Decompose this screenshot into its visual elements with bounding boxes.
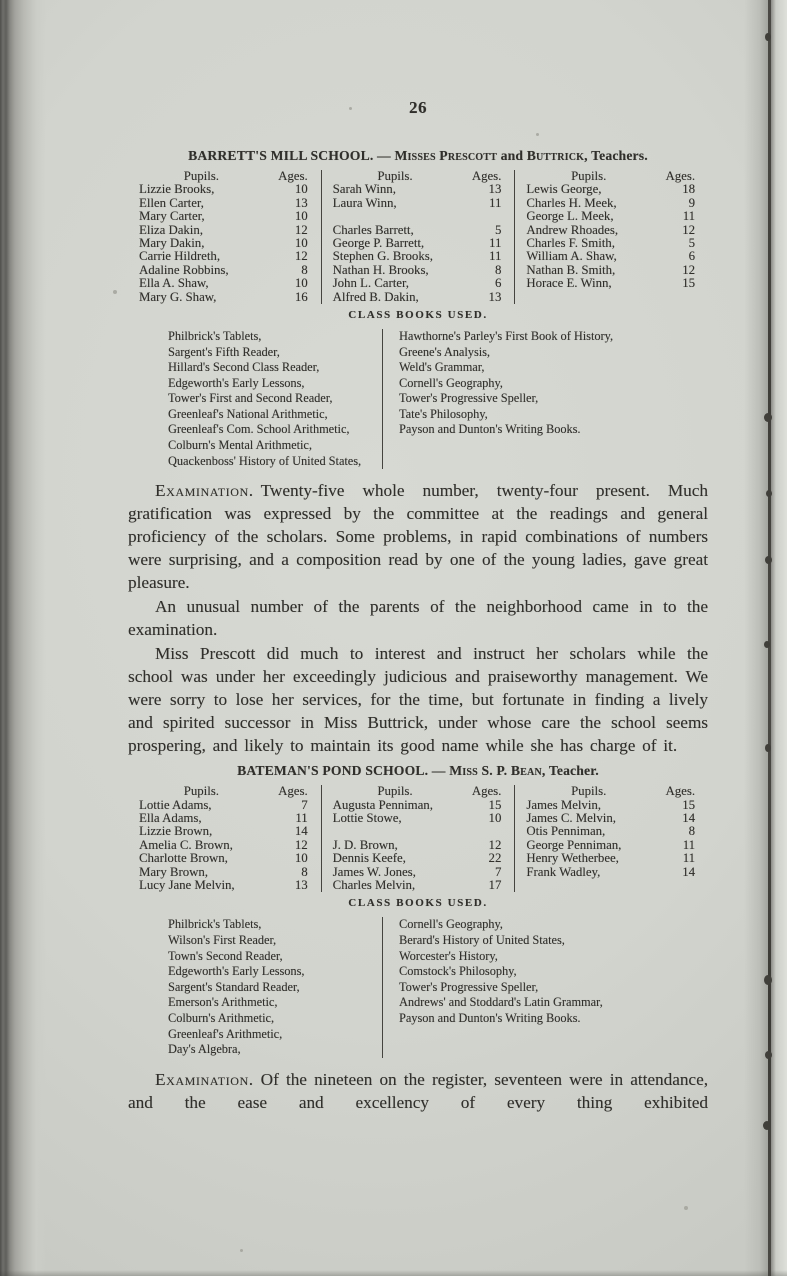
book-item: Wilson's First Reader, bbox=[168, 933, 382, 949]
pupil-age: 8 bbox=[468, 264, 514, 277]
school-title: BARRETT'S MILL SCHOOL. — bbox=[188, 148, 391, 163]
pupil-name: Adaline Robbins, bbox=[128, 264, 275, 277]
pupil-age: 10 bbox=[468, 812, 514, 825]
roster-row: Lucy Jane Melvin,13 bbox=[128, 879, 321, 892]
pupil-name: Amelia C. Brown, bbox=[128, 839, 275, 852]
book-list-left: Philbrick's Tablets, Sargent's Fifth Rea… bbox=[128, 329, 382, 469]
pupil-name: Charles F. Smith, bbox=[515, 237, 662, 250]
roster-row: Otis Penniman,8 bbox=[515, 825, 708, 838]
pupils-column-header: Pupils. bbox=[128, 785, 275, 798]
roster-header-row: Pupils. Ages. bbox=[322, 785, 515, 798]
pupil-name: Mary G. Shaw, bbox=[128, 291, 275, 304]
book-item: Town's Second Reader, bbox=[168, 949, 382, 965]
school-heading-batemans-pond: BATEMAN'S POND SCHOOL. — Miss S. P. Bean… bbox=[128, 763, 708, 779]
pupil-name: William A. Shaw, bbox=[515, 250, 662, 263]
paper-speck bbox=[113, 290, 117, 294]
roster-row: Stephen G. Brooks,11 bbox=[322, 250, 515, 263]
roster-row: Nathan B. Smith,12 bbox=[515, 264, 708, 277]
pupil-name: James Melvin, bbox=[515, 799, 662, 812]
roster-row: Mary Carter,10 bbox=[128, 210, 321, 223]
paragraph: Miss Prescott did much to interest and i… bbox=[128, 642, 708, 757]
scanned-report-page: 26 BARRETT'S MILL SCHOOL. — Misses Presc… bbox=[0, 0, 787, 1276]
roster-header-row: Pupils. Ages. bbox=[515, 170, 708, 183]
roster-row: Henry Wetherbee,11 bbox=[515, 852, 708, 865]
book-list-right: Hawthorne's Parley's First Book of His­t… bbox=[382, 329, 708, 469]
roster-row: Charles Barrett,5 bbox=[322, 224, 515, 237]
book-item: Hawthorne's Parley's First Book of His­t… bbox=[399, 329, 620, 345]
pupil-name: Henry Wetherbee, bbox=[515, 852, 662, 865]
pupil-age: 14 bbox=[275, 825, 321, 838]
pupil-age: 16 bbox=[275, 291, 321, 304]
heading-conjunction: and bbox=[501, 148, 524, 163]
pupil-name: Ella Adams, bbox=[128, 812, 275, 825]
pupil-roster-table: Pupils. Ages. Lottie Adams,7 Ella Adams,… bbox=[128, 785, 708, 892]
pupil-age: 11 bbox=[662, 210, 708, 223]
pupil-name: James C. Melvin, bbox=[515, 812, 662, 825]
book-item: Sargent's Standard Reader, bbox=[168, 980, 382, 996]
ages-column-header: Ages. bbox=[468, 170, 514, 183]
ages-column-header: Ages. bbox=[275, 785, 321, 798]
pupil-name: Dennis Keefe, bbox=[322, 852, 469, 865]
book-item: Comstock's Philosophy, bbox=[399, 964, 620, 980]
pupil-age: 10 bbox=[275, 852, 321, 865]
pupil-name: Mary Brown, bbox=[128, 866, 275, 879]
pupil-name: John L. Carter, bbox=[322, 277, 469, 290]
pupil-age: 14 bbox=[662, 866, 708, 879]
roster-row: Lottie Stowe,10 bbox=[322, 812, 515, 825]
ink-blob bbox=[766, 490, 772, 497]
class-books-lists: Philbrick's Tablets, Wilson's First Read… bbox=[128, 917, 708, 1057]
pupil-name: Nathan B. Smith, bbox=[515, 264, 662, 277]
paper-speck bbox=[240, 1249, 243, 1252]
pupil-roster-table: Pupils. Ages. Lizzie Brooks,10 Ellen Car… bbox=[128, 170, 708, 304]
examination-paragraph: Examination.Of the nineteen on the regis… bbox=[128, 1068, 708, 1114]
class-books-lists: Philbrick's Tablets, Sargent's Fifth Rea… bbox=[128, 329, 708, 469]
book-item: Colburn's Arithmetic, bbox=[168, 1011, 382, 1027]
pupil-age bbox=[468, 210, 514, 223]
book-item: Tower's First and Second Reader, bbox=[168, 391, 382, 407]
roster-row bbox=[322, 210, 515, 223]
examination-lead: Examination. bbox=[155, 481, 254, 500]
roster-row: Lottie Adams,7 bbox=[128, 799, 321, 812]
examination-lead: Examination. bbox=[155, 1070, 254, 1089]
roster-row: Lewis George,18 bbox=[515, 183, 708, 196]
pupil-name bbox=[322, 825, 469, 838]
ages-column-header: Ages. bbox=[662, 785, 708, 798]
ink-blob bbox=[765, 744, 771, 752]
pupil-name: Lizzie Brown, bbox=[128, 825, 275, 838]
roster-row: William A. Shaw,6 bbox=[515, 250, 708, 263]
roster-row: Horace E. Winn,15 bbox=[515, 277, 708, 290]
pupil-age: 7 bbox=[468, 866, 514, 879]
ages-column-header: Ages. bbox=[468, 785, 514, 798]
book-item: Cornell's Geography, bbox=[399, 917, 620, 933]
roster-row: Ella A. Shaw,10 bbox=[128, 277, 321, 290]
pupils-column-header: Pupils. bbox=[515, 785, 662, 798]
roster-row: Lizzie Brown,14 bbox=[128, 825, 321, 838]
pupil-name: James W. Jones, bbox=[322, 866, 469, 879]
pupil-name: Lottie Adams, bbox=[128, 799, 275, 812]
book-item: Berard's History of United States, bbox=[399, 933, 620, 949]
roster-row: Carrie Hildreth,12 bbox=[128, 250, 321, 263]
ink-blob bbox=[763, 1121, 771, 1130]
heading-suffix: Teachers. bbox=[591, 148, 648, 163]
heading-suffix: Teacher. bbox=[549, 763, 599, 778]
pupil-name: Alfred B. Dakin, bbox=[322, 291, 469, 304]
page-edge-background bbox=[771, 0, 787, 1276]
roster-row: Sarah Winn,13 bbox=[322, 183, 515, 196]
pupil-age: 13 bbox=[275, 197, 321, 210]
paragraph: An unusual number of the parents of the … bbox=[128, 595, 708, 641]
book-item: Edgeworth's Early Lessons, bbox=[168, 376, 382, 392]
ink-blob bbox=[765, 556, 772, 564]
pupil-age: 17 bbox=[468, 879, 514, 892]
book-item: Tower's Progressive Speller, bbox=[399, 391, 620, 407]
pupil-age: 11 bbox=[662, 839, 708, 852]
roster-row: George Penniman,11 bbox=[515, 839, 708, 852]
roster-row: James C. Melvin,14 bbox=[515, 812, 708, 825]
pupil-name: Ellen Carter, bbox=[128, 197, 275, 210]
pupil-age: 11 bbox=[468, 250, 514, 263]
pupil-name: Sarah Winn, bbox=[322, 183, 469, 196]
pupil-name: Eliza Dakin, bbox=[128, 224, 275, 237]
pupil-name: Carrie Hildreth, bbox=[128, 250, 275, 263]
roster-column-group: Pupils. Ages. Lewis George,18 Charles H.… bbox=[514, 170, 708, 304]
school-title: BATEMAN'S POND SCHOOL. — bbox=[237, 763, 445, 778]
roster-row: Andrew Rhoades,12 bbox=[515, 224, 708, 237]
roster-row: Nathan H. Brooks,8 bbox=[322, 264, 515, 277]
pupil-name: Horace E. Winn, bbox=[515, 277, 662, 290]
roster-row: Mary Brown,8 bbox=[128, 866, 321, 879]
roster-row bbox=[322, 825, 515, 838]
page-number: 26 bbox=[128, 0, 708, 118]
book-binding-gutter bbox=[0, 0, 46, 1276]
page-bottom-shadow bbox=[0, 1270, 787, 1276]
pupil-age: 8 bbox=[275, 264, 321, 277]
book-item: Day's Algebra, bbox=[168, 1042, 382, 1058]
pupil-age bbox=[662, 291, 708, 304]
roster-row: John L. Carter,6 bbox=[322, 277, 515, 290]
pupil-age: 12 bbox=[662, 264, 708, 277]
school-heading-barretts-mill: BARRETT'S MILL SCHOOL. — Misses Prescott… bbox=[128, 148, 708, 164]
pupil-age: 13 bbox=[468, 183, 514, 196]
roster-row: J. D. Brown,12 bbox=[322, 839, 515, 852]
teacher-name: Buttrick, bbox=[527, 148, 588, 163]
pupil-name: Charles Barrett, bbox=[322, 224, 469, 237]
roster-row bbox=[515, 291, 708, 304]
ink-blob bbox=[764, 413, 772, 422]
roster-column-group: Pupils. Ages. Augusta Penniman,15 Lottie… bbox=[321, 785, 515, 892]
pupil-name: Otis Penniman, bbox=[515, 825, 662, 838]
pupil-name: Lucy Jane Melvin, bbox=[128, 879, 275, 892]
roster-row: Dennis Keefe,22 bbox=[322, 852, 515, 865]
roster-row: James W. Jones,7 bbox=[322, 866, 515, 879]
pupil-name: George L. Meek, bbox=[515, 210, 662, 223]
pupil-name: Mary Carter, bbox=[128, 210, 275, 223]
pupil-age: 11 bbox=[662, 852, 708, 865]
roster-row: George L. Meek,11 bbox=[515, 210, 708, 223]
roster-row: Lizzie Brooks,10 bbox=[128, 183, 321, 196]
roster-row: Laura Winn,11 bbox=[322, 197, 515, 210]
book-item: Emerson's Arithmetic, bbox=[168, 995, 382, 1011]
roster-row: Charles F. Smith,5 bbox=[515, 237, 708, 250]
pupils-column-header: Pupils. bbox=[322, 170, 469, 183]
pupil-age: 10 bbox=[275, 237, 321, 250]
book-item: Philbrick's Tablets, bbox=[168, 329, 382, 345]
pupil-name: Lizzie Brooks, bbox=[128, 183, 275, 196]
roster-row: James Melvin,15 bbox=[515, 799, 708, 812]
paper-speck bbox=[684, 1206, 688, 1210]
pupil-age: 22 bbox=[468, 852, 514, 865]
report-paragraphs: Examination.Twenty-five whole number, tw… bbox=[128, 479, 708, 757]
roster-header-row: Pupils. Ages. bbox=[128, 170, 321, 183]
pupil-name: Frank Wadley, bbox=[515, 866, 662, 879]
page-edge-shadow bbox=[744, 0, 768, 1276]
pupil-name: George P. Barrett, bbox=[322, 237, 469, 250]
pupil-age: 5 bbox=[468, 224, 514, 237]
pupil-name: Charlotte Brown, bbox=[128, 852, 275, 865]
pupil-age: 12 bbox=[662, 224, 708, 237]
book-item: Hillard's Second Class Reader, bbox=[168, 360, 382, 376]
pupil-name: Nathan H. Brooks, bbox=[322, 264, 469, 277]
roster-row: Mary Dakin,10 bbox=[128, 237, 321, 250]
ink-blob bbox=[764, 975, 772, 985]
roster-row: Charlotte Brown,10 bbox=[128, 852, 321, 865]
pupil-age bbox=[662, 879, 708, 892]
pupil-age: 18 bbox=[662, 183, 708, 196]
pupil-age: 12 bbox=[275, 224, 321, 237]
roster-header-row: Pupils. Ages. bbox=[128, 785, 321, 798]
roster-row: Ellen Carter,13 bbox=[128, 197, 321, 210]
pupil-age: 5 bbox=[662, 237, 708, 250]
book-item: Quackenboss' History of United States, bbox=[168, 454, 382, 470]
pupil-name bbox=[515, 879, 662, 892]
book-list-right: Cornell's Geography, Berard's History of… bbox=[382, 917, 708, 1057]
roster-column-group: Pupils. Ages. Lottie Adams,7 Ella Adams,… bbox=[128, 785, 321, 892]
class-books-heading: CLASS BOOKS USED. bbox=[128, 309, 708, 321]
roster-column-group: Pupils. Ages. Lizzie Brooks,10 Ellen Car… bbox=[128, 170, 321, 304]
report-paragraphs: Examination.Of the nineteen on the regis… bbox=[128, 1068, 708, 1114]
pupil-name: Charles Melvin, bbox=[322, 879, 469, 892]
class-books-heading: CLASS BOOKS USED. bbox=[128, 897, 708, 909]
pupil-age: 13 bbox=[275, 879, 321, 892]
roster-row: George P. Barrett,11 bbox=[322, 237, 515, 250]
pupil-age bbox=[468, 825, 514, 838]
book-item: Philbrick's Tablets, bbox=[168, 917, 382, 933]
pupil-name: Ella A. Shaw, bbox=[128, 277, 275, 290]
roster-row: Frank Wadley,14 bbox=[515, 866, 708, 879]
paragraph-text: Miss Prescott did much to interest and i… bbox=[128, 644, 708, 755]
pupil-age: 11 bbox=[468, 237, 514, 250]
book-item: Andrews' and Stoddard's Latin Gram­mar, bbox=[399, 995, 620, 1011]
roster-row: Amelia C. Brown,12 bbox=[128, 839, 321, 852]
ages-column-header: Ages. bbox=[275, 170, 321, 183]
teacher-name: Miss S. P. Bean, bbox=[449, 763, 545, 778]
pupils-column-header: Pupils. bbox=[128, 170, 275, 183]
roster-row: Alfred B. Dakin,13 bbox=[322, 291, 515, 304]
roster-column-group: Pupils. Ages. James Melvin,15 James C. M… bbox=[514, 785, 708, 892]
pupil-age: 15 bbox=[468, 799, 514, 812]
pupil-name bbox=[515, 291, 662, 304]
book-item: Greenleaf's Com. School Arithmetic, bbox=[168, 422, 382, 438]
book-item: Sargent's Fifth Reader, bbox=[168, 345, 382, 361]
roster-row: Augusta Penniman,15 bbox=[322, 799, 515, 812]
book-item: Greene's Analysis, bbox=[399, 345, 620, 361]
roster-column-group: Pupils. Ages. Sarah Winn,13 Laura Winn,1… bbox=[321, 170, 515, 304]
roster-row bbox=[515, 879, 708, 892]
pupil-age: 12 bbox=[275, 250, 321, 263]
ink-blob bbox=[764, 641, 770, 648]
pupil-age: 8 bbox=[275, 866, 321, 879]
book-item: Payson and Dunton's Writing Books. bbox=[399, 422, 620, 438]
pupil-age: 10 bbox=[275, 277, 321, 290]
pupil-name: Laura Winn, bbox=[322, 197, 469, 210]
book-item: Greenleaf's National Arithmetic, bbox=[168, 407, 382, 423]
pupil-age: 15 bbox=[662, 277, 708, 290]
pupil-age: 11 bbox=[468, 197, 514, 210]
pupil-name: Mary Dakin, bbox=[128, 237, 275, 250]
book-list-left: Philbrick's Tablets, Wilson's First Read… bbox=[128, 917, 382, 1057]
book-item: Greenleaf's Arithmetic, bbox=[168, 1027, 382, 1043]
pupil-age: 6 bbox=[662, 250, 708, 263]
pupil-age: 12 bbox=[275, 839, 321, 852]
roster-header-row: Pupils. Ages. bbox=[322, 170, 515, 183]
book-item: Tower's Progressive Speller, bbox=[399, 980, 620, 996]
pupil-age: 11 bbox=[275, 812, 321, 825]
pupil-age: 7 bbox=[275, 799, 321, 812]
book-item: Weld's Grammar, bbox=[399, 360, 620, 376]
roster-row: Charles H. Meek,9 bbox=[515, 197, 708, 210]
roster-row: Adaline Robbins,8 bbox=[128, 264, 321, 277]
pupil-age: 6 bbox=[468, 277, 514, 290]
roster-row: Mary G. Shaw,16 bbox=[128, 291, 321, 304]
pupils-column-header: Pupils. bbox=[515, 170, 662, 183]
pupil-age: 10 bbox=[275, 183, 321, 196]
roster-row: Ella Adams,11 bbox=[128, 812, 321, 825]
roster-header-row: Pupils. Ages. bbox=[515, 785, 708, 798]
book-item: Tate's Philosophy, bbox=[399, 407, 620, 423]
pupil-name: Lewis George, bbox=[515, 183, 662, 196]
roster-row: Eliza Dakin,12 bbox=[128, 224, 321, 237]
pupil-age: 10 bbox=[275, 210, 321, 223]
book-item: Payson and Dunton's Writing Books. bbox=[399, 1011, 620, 1027]
ink-blob bbox=[765, 1051, 772, 1059]
pupil-name: Lottie Stowe, bbox=[322, 812, 469, 825]
pupil-name: Charles H. Meek, bbox=[515, 197, 662, 210]
book-item: Edgeworth's Early Lessons, bbox=[168, 964, 382, 980]
pupil-name: Stephen G. Brooks, bbox=[322, 250, 469, 263]
book-item: Cornell's Geography, bbox=[399, 376, 620, 392]
pupil-name bbox=[322, 210, 469, 223]
roster-row: Charles Melvin,17 bbox=[322, 879, 515, 892]
ages-column-header: Ages. bbox=[662, 170, 708, 183]
pupil-name: Andrew Rhoades, bbox=[515, 224, 662, 237]
pupils-column-header: Pupils. bbox=[322, 785, 469, 798]
pupil-age: 9 bbox=[662, 197, 708, 210]
pupil-age: 8 bbox=[662, 825, 708, 838]
pupil-age: 13 bbox=[468, 291, 514, 304]
page-content: 26 BARRETT'S MILL SCHOOL. — Misses Presc… bbox=[128, 0, 708, 1114]
pupil-name: George Penniman, bbox=[515, 839, 662, 852]
pupil-name: Augusta Penniman, bbox=[322, 799, 469, 812]
book-item: Colburn's Mental Arithmetic, bbox=[168, 438, 382, 454]
pupil-age: 15 bbox=[662, 799, 708, 812]
examination-paragraph: Examination.Twenty-five whole number, tw… bbox=[128, 479, 708, 594]
ink-blob bbox=[765, 33, 771, 41]
paragraph-text: An unusual number of the parents of the … bbox=[128, 597, 708, 639]
pupil-age: 14 bbox=[662, 812, 708, 825]
pupil-age: 12 bbox=[468, 839, 514, 852]
teacher-name: Misses Prescott bbox=[394, 148, 497, 163]
book-item: Worcester's History, bbox=[399, 949, 620, 965]
pupil-name: J. D. Brown, bbox=[322, 839, 469, 852]
